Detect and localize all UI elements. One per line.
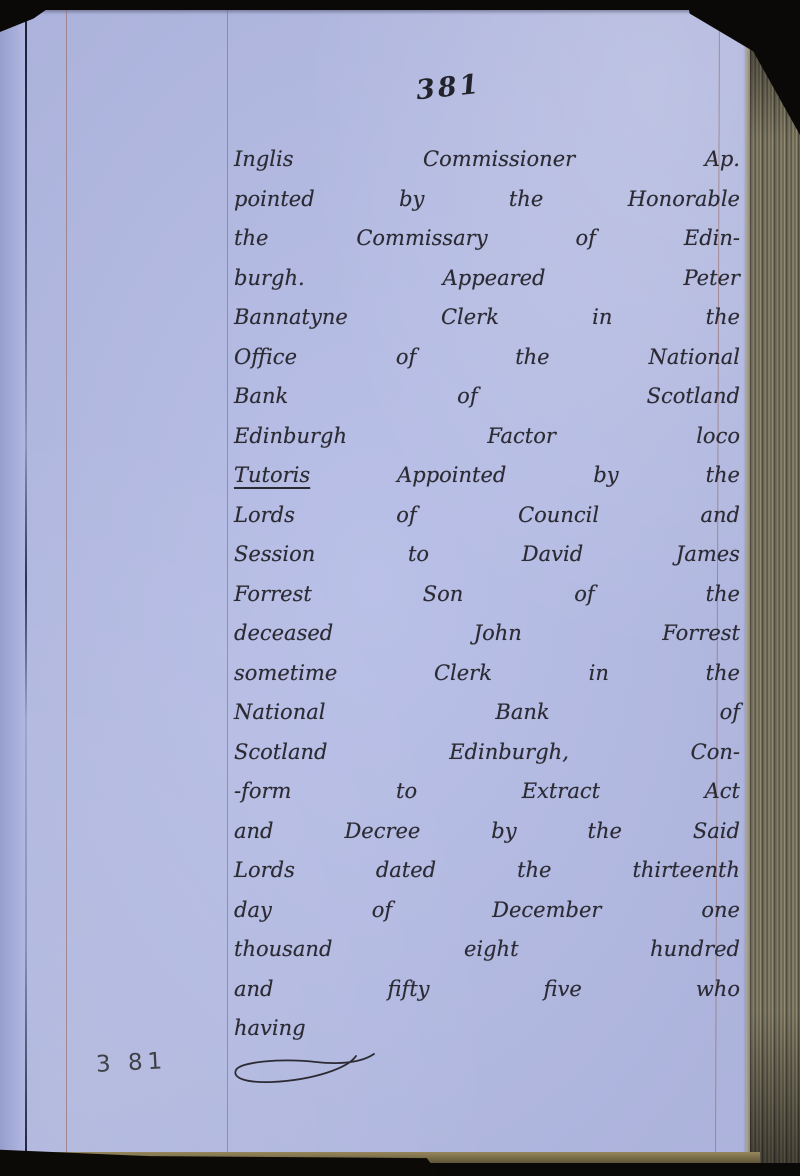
manuscript-word: in bbox=[592, 298, 612, 338]
manuscript-line: theCommissaryofEdin- bbox=[234, 219, 740, 259]
manuscript-word: to bbox=[408, 535, 429, 575]
manuscript-word: loco bbox=[696, 417, 740, 457]
manuscript-word: to bbox=[396, 772, 417, 812]
manuscript-word: of bbox=[372, 891, 392, 931]
manuscript-word: sometime bbox=[234, 654, 337, 694]
manuscript-word: burgh. bbox=[234, 259, 305, 299]
manuscript-text: InglisCommissionerAp.pointedbytheHonorab… bbox=[234, 140, 740, 1049]
page-fold-line bbox=[25, 9, 27, 1155]
manuscript-line: BannatyneClerkinthe bbox=[234, 298, 740, 338]
manuscript-word: Scotland bbox=[647, 377, 740, 417]
manuscript-word: Appointed bbox=[397, 456, 506, 496]
manuscript-word: Honorable bbox=[628, 180, 740, 220]
manuscript-line: pointedbytheHonorable bbox=[234, 180, 740, 220]
manuscript-word: Forrest bbox=[662, 614, 740, 654]
manuscript-line: Lordsdatedthethirteenth bbox=[234, 851, 740, 891]
manuscript-line: InglisCommissionerAp. bbox=[234, 140, 740, 180]
manuscript-word: Scotland bbox=[234, 733, 327, 773]
manuscript-word: and bbox=[234, 812, 274, 852]
manuscript-word: eight bbox=[464, 930, 519, 970]
manuscript-line: ForrestSonofthe bbox=[234, 575, 740, 615]
manuscript-word: Extract bbox=[522, 772, 600, 812]
manuscript-word: Commissary bbox=[356, 219, 487, 259]
manuscript-word: Edinburgh, bbox=[449, 733, 569, 773]
manuscript-word: the bbox=[706, 575, 740, 615]
manuscript-word: Bannatyne bbox=[234, 298, 348, 338]
manuscript-line: thousandeighthundred bbox=[234, 930, 740, 970]
manuscript-line: having bbox=[234, 1009, 740, 1049]
manuscript-word: thirteenth bbox=[632, 851, 740, 891]
manuscript-word: Tutoris bbox=[234, 456, 310, 496]
manuscript-line: OfficeoftheNational bbox=[234, 338, 740, 378]
manuscript-line: deceasedJohnForrest bbox=[234, 614, 740, 654]
scanned-register-page: 381 InglisCommissionerAp.pointedbytheHon… bbox=[0, 0, 800, 1176]
manuscript-word: having bbox=[234, 1009, 306, 1049]
manuscript-word: and bbox=[234, 970, 274, 1010]
manuscript-word: Edin- bbox=[684, 219, 740, 259]
manuscript-word: of bbox=[457, 377, 477, 417]
manuscript-line: LordsofCounciland bbox=[234, 496, 740, 536]
manuscript-word: National bbox=[234, 693, 325, 733]
manuscript-word: by bbox=[399, 180, 424, 220]
manuscript-word: Appeared bbox=[443, 259, 546, 299]
manuscript-word: of bbox=[574, 575, 594, 615]
pen-flourish-icon bbox=[228, 1052, 378, 1094]
manuscript-word: who bbox=[696, 970, 740, 1010]
manuscript-word: fifty bbox=[387, 970, 429, 1010]
manuscript-word: Factor bbox=[487, 417, 556, 457]
manuscript-word: Son bbox=[423, 575, 464, 615]
manuscript-word: Con- bbox=[691, 733, 740, 773]
manuscript-word: David bbox=[522, 535, 583, 575]
manuscript-word: Commissioner bbox=[423, 140, 575, 180]
manuscript-word: National bbox=[649, 338, 740, 378]
manuscript-line: BankofScotland bbox=[234, 377, 740, 417]
manuscript-word: James bbox=[676, 535, 740, 575]
manuscript-line: EdinburghFactorloco bbox=[234, 417, 740, 457]
manuscript-word: in bbox=[589, 654, 609, 694]
manuscript-word: of bbox=[576, 219, 596, 259]
manuscript-word: -form bbox=[234, 772, 291, 812]
manuscript-line: andDecreebytheSaid bbox=[234, 812, 740, 852]
manuscript-word: the bbox=[588, 812, 622, 852]
manuscript-word: hundred bbox=[650, 930, 740, 970]
manuscript-word: Decree bbox=[344, 812, 420, 852]
manuscript-word: the bbox=[706, 654, 740, 694]
manuscript-word: Bank bbox=[234, 377, 288, 417]
manuscript-word: deceased bbox=[234, 614, 333, 654]
manuscript-word: of bbox=[396, 496, 416, 536]
manuscript-word: of bbox=[720, 693, 740, 733]
manuscript-word: Forrest bbox=[234, 575, 312, 615]
manuscript-word: and bbox=[700, 496, 740, 536]
manuscript-word: the bbox=[706, 298, 740, 338]
manuscript-word: Bank bbox=[495, 693, 549, 733]
manuscript-line: dayofDecemberone bbox=[234, 891, 740, 931]
manuscript-line: NationalBankof bbox=[234, 693, 740, 733]
manuscript-word: of bbox=[396, 338, 416, 378]
manuscript-word: the bbox=[517, 851, 551, 891]
manuscript-word: by bbox=[491, 812, 516, 852]
manuscript-word: Peter bbox=[683, 259, 740, 299]
margin-rule-left-outer bbox=[66, 9, 67, 1155]
manuscript-word: Office bbox=[234, 338, 297, 378]
manuscript-word: Edinburgh bbox=[234, 417, 347, 457]
manuscript-line: andfiftyfivewho bbox=[234, 970, 740, 1010]
margin-rule-left-inner bbox=[227, 9, 228, 1155]
manuscript-word: the bbox=[706, 456, 740, 496]
folio-number-pencil: 3 81 bbox=[95, 1048, 167, 1078]
manuscript-word: the bbox=[509, 180, 543, 220]
manuscript-word: Clerk bbox=[434, 654, 492, 694]
manuscript-line: -formtoExtractAct bbox=[234, 772, 740, 812]
manuscript-line: ScotlandEdinburgh,Con- bbox=[234, 733, 740, 773]
manuscript-word: thousand bbox=[234, 930, 332, 970]
manuscript-word: Session bbox=[234, 535, 315, 575]
manuscript-line: TutorisAppointedbythe bbox=[234, 456, 740, 496]
manuscript-word: dated bbox=[376, 851, 436, 891]
manuscript-word: the bbox=[234, 219, 268, 259]
binding-gutter bbox=[0, 9, 26, 1155]
manuscript-line: sometimeClerkinthe bbox=[234, 654, 740, 694]
manuscript-word: Lords bbox=[234, 496, 295, 536]
manuscript-word: Ap. bbox=[705, 140, 740, 180]
manuscript-word: pointed bbox=[234, 180, 315, 220]
binding-band-top bbox=[0, 0, 800, 10]
manuscript-word: Said bbox=[693, 812, 740, 852]
manuscript-line: burgh.AppearedPeter bbox=[234, 259, 740, 299]
manuscript-word: Act bbox=[705, 772, 740, 812]
manuscript-word: Lords bbox=[234, 851, 295, 891]
manuscript-word: John bbox=[474, 614, 522, 654]
manuscript-word: Clerk bbox=[441, 298, 499, 338]
manuscript-word: five bbox=[544, 970, 582, 1010]
manuscript-word: day bbox=[234, 891, 272, 931]
manuscript-word: the bbox=[515, 338, 549, 378]
manuscript-word: one bbox=[701, 891, 740, 931]
manuscript-word: Inglis bbox=[234, 140, 293, 180]
manuscript-word: Council bbox=[518, 496, 599, 536]
manuscript-word: December bbox=[492, 891, 601, 931]
manuscript-word: by bbox=[593, 456, 618, 496]
manuscript-line: SessiontoDavidJames bbox=[234, 535, 740, 575]
